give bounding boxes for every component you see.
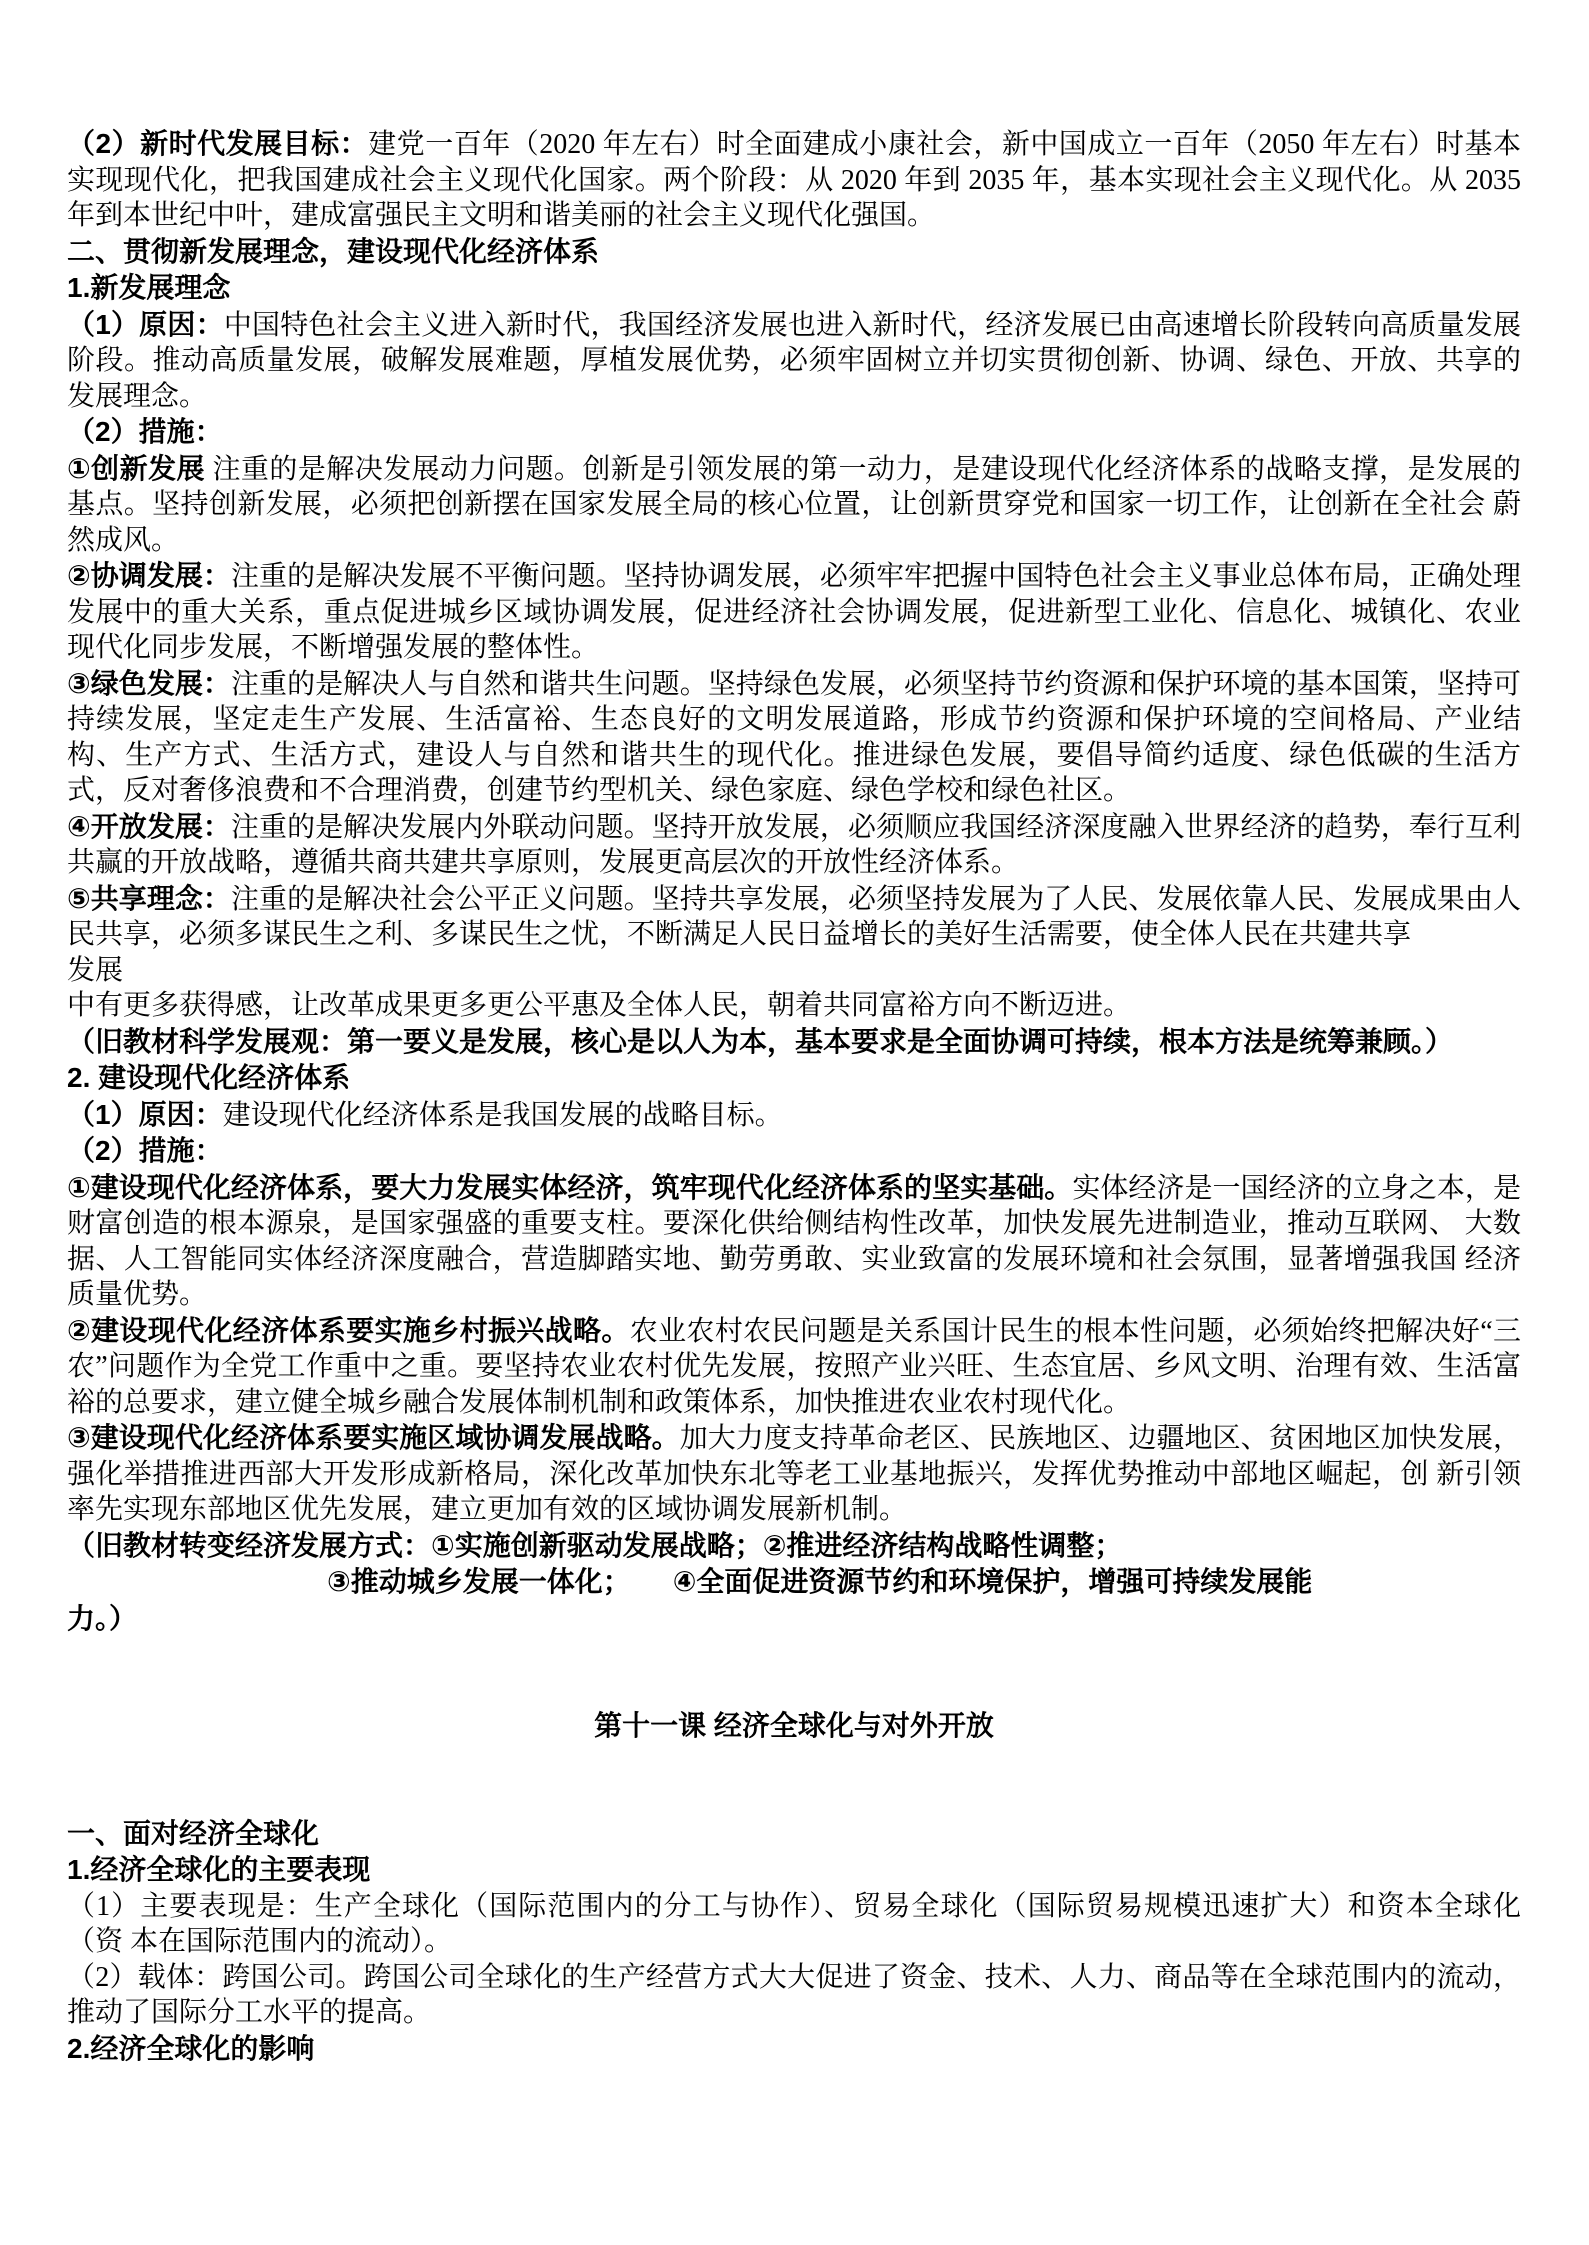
body-text: 中有更多获得感，让改革成果更多更公平惠及全体人民，朝着共同富裕方向不断迈进。 xyxy=(67,990,1131,1021)
bold-text: ⑤共享理念： xyxy=(67,883,231,914)
bold-text: （旧教材转变经济发展方式：①实施创新驱动发展战略；②推进经济结构战略性调整； xyxy=(67,1530,1122,1561)
heading-facing-globalization: 一、面对经济全球化 xyxy=(67,1816,1521,1853)
bold-text: ②协调发展： xyxy=(67,560,231,591)
body-text: （1）主要表现是：生产全球化（国际范围内的分工与协作）、贸易全球化（国际贸易规模… xyxy=(67,1891,1521,1958)
body-text: 发展 xyxy=(67,955,123,986)
heading-new-development-concept: 1.新发展理念 xyxy=(67,270,1521,307)
bold-text: 2.经济全球化的影响 xyxy=(67,2033,314,2064)
bold-text: 1.新发展理念 xyxy=(67,272,230,303)
paragraph-old-textbook-transform-line-1: （旧教材转变经济发展方式：①实施创新驱动发展战略；②推进经济结构战略性调整； xyxy=(67,1528,1521,1565)
bold-text: 力。） xyxy=(67,1603,137,1634)
paragraph-old-textbook-scientific-outlook: （旧教材科学发展观：第一要义是发展，核心是以人为本，基本要求是全面协调可持续，根… xyxy=(67,1024,1521,1061)
lesson-eleven-title: 第十一课 经济全球化与对外开放 xyxy=(67,1708,1521,1745)
body-text: 中国特色社会主义进入新时代，我国经济发展也进入新时代，经济发展已由高速增长阶段转… xyxy=(67,310,1521,412)
body-text: 注重的是解决发展动力问题。创新是引领发展的第一动力，是建设现代化经济体系的战略支… xyxy=(67,454,1521,556)
bold-text: 一、面对经济全球化 xyxy=(67,1818,319,1849)
bold-text: （1）原因： xyxy=(67,309,224,340)
bold-text: ④开放发展： xyxy=(67,811,231,842)
heading-globalization-manifestations: 1.经济全球化的主要表现 xyxy=(67,1852,1521,1889)
bold-text: ①创新发展 xyxy=(67,453,205,484)
body-text: 注重的是解决人与自然和谐共生问题。坚持绿色发展，必须坚持节约资源和保护环境的基本… xyxy=(67,669,1521,807)
bold-text: ③建设现代化经济体系要实施区域协调发展战略。 xyxy=(67,1422,680,1453)
paragraph-old-textbook-transform-line-3: 力。） xyxy=(67,1601,1521,1638)
bold-text: 2. 建设现代化经济体系 xyxy=(67,1062,350,1093)
paragraph-real-economy: ①建设现代化经济体系，要大力发展实体经济，筑牢现代化经济体系的坚实基础。实体经济… xyxy=(67,1170,1521,1313)
paragraph-innovation: ①创新发展 注重的是解决发展动力问题。创新是引领发展的第一动力，是建设现代化经济… xyxy=(67,451,1521,559)
bold-text: ③推动城乡发展一体化； ④全面促进资源节约和环境保护，增强可持续发展能 xyxy=(327,1566,1312,1597)
bold-text: ②建设现代化经济体系要实施乡村振兴战略。 xyxy=(67,1315,630,1346)
bold-text: （2）措施： xyxy=(67,416,223,447)
heading-globalization-impact: 2.经济全球化的影响 xyxy=(67,2031,1521,2068)
body-text: （2）载体：跨国公司。跨国公司全球化的生产经营方式大大促进了资金、技术、人力、商… xyxy=(67,1962,1521,2029)
bold-text: （旧教材科学发展观：第一要义是发展，核心是以人为本，基本要求是全面协调可持续，根… xyxy=(67,1026,1453,1057)
paragraph-rural-revitalization: ②建设现代化经济体系要实施乡村振兴战略。农业农村农民问题是关系国计民生的根本性问… xyxy=(67,1313,1521,1421)
paragraph-old-textbook-transform-line-2: ③推动城乡发展一体化； ④全面促进资源节约和环境保护，增强可持续发展能 xyxy=(67,1564,1521,1601)
paragraph-reason-2: （1）原因：建设现代化经济体系是我国发展的战略目标。 xyxy=(67,1097,1521,1134)
body-text: 建设现代化经济体系是我国发展的战略目标。 xyxy=(223,1100,783,1131)
paragraph-shared-cont-2: 中有更多获得感，让改革成果更多更公平惠及全体人民，朝着共同富裕方向不断迈进。 xyxy=(67,988,1521,1024)
heading-section-two: 二、贯彻新发展理念，建设现代化经济体系 xyxy=(67,234,1521,271)
paragraph-carrier: （2）载体：跨国公司。跨国公司全球化的生产经营方式大大促进了资金、技术、人力、商… xyxy=(67,1960,1521,2031)
paragraph-open: ④开放发展：注重的是解决发展内外联动问题。坚持开放发展，必须顺应我国经济深度融入… xyxy=(67,809,1521,881)
blank-space xyxy=(67,1637,1521,1708)
paragraph-coordination: ②协调发展：注重的是解决发展不平衡问题。坚持协调发展，必须牢牢把握中国特色社会主… xyxy=(67,558,1521,666)
paragraph-new-era-goals: （2）新时代发展目标：建党一百年（2020 年左右）时全面建成小康社会，新中国成… xyxy=(67,126,1521,234)
document-body: （2）新时代发展目标：建党一百年（2020 年左右）时全面建成小康社会，新中国成… xyxy=(67,126,1521,2067)
heading-measures-1: （2）措施： xyxy=(67,414,1521,451)
body-text: 注重的是解决发展内外联动问题。坚持开放发展，必须顺应我国经济深度融入世界经济的趋… xyxy=(67,812,1521,879)
bold-text: （2）新时代发展目标： xyxy=(67,128,368,159)
paragraph-regional-coordination: ③建设现代化经济体系要实施区域协调发展战略。加大力度支持革命老区、民族地区、边疆… xyxy=(67,1420,1521,1528)
bold-text: ①建设现代化经济体系，要大力发展实体经济，筑牢现代化经济体系的坚实基础。 xyxy=(67,1172,1072,1203)
bold-text: 二、贯彻新发展理念，建设现代化经济体系 xyxy=(67,236,599,267)
body-text: 注重的是解决社会公平正义问题。坚持共享发展，必须坚持发展为了人民、发展依靠人民、… xyxy=(67,884,1521,951)
paragraph-shared-cont-1: 发展 xyxy=(67,953,1521,989)
bold-text: ③绿色发展： xyxy=(67,668,231,699)
bold-text: 1.经济全球化的主要表现 xyxy=(67,1854,370,1885)
bold-text: 第十一课 经济全球化与对外开放 xyxy=(594,1710,994,1741)
heading-measures-2: （2）措施： xyxy=(67,1133,1521,1170)
bold-text: （1）原因： xyxy=(67,1099,223,1130)
body-text: 注重的是解决发展不平衡问题。坚持协调发展，必须牢牢把握中国特色社会主义事业总体布… xyxy=(67,561,1521,663)
heading-modern-economic-system: 2. 建设现代化经济体系 xyxy=(67,1060,1521,1097)
bold-text: （2）措施： xyxy=(67,1135,223,1166)
paragraph-shared: ⑤共享理念：注重的是解决社会公平正义问题。坚持共享发展，必须坚持发展为了人民、发… xyxy=(67,881,1521,953)
paragraph-green: ③绿色发展：注重的是解决人与自然和谐共生问题。坚持绿色发展，必须坚持节约资源和保… xyxy=(67,666,1521,809)
blank-space xyxy=(67,1745,1521,1816)
paragraph-reason-1: （1）原因：中国特色社会主义进入新时代，我国经济发展也进入新时代，经济发展已由高… xyxy=(67,307,1521,415)
paragraph-manifestations: （1）主要表现是：生产全球化（国际范围内的分工与协作）、贸易全球化（国际贸易规模… xyxy=(67,1889,1521,1960)
